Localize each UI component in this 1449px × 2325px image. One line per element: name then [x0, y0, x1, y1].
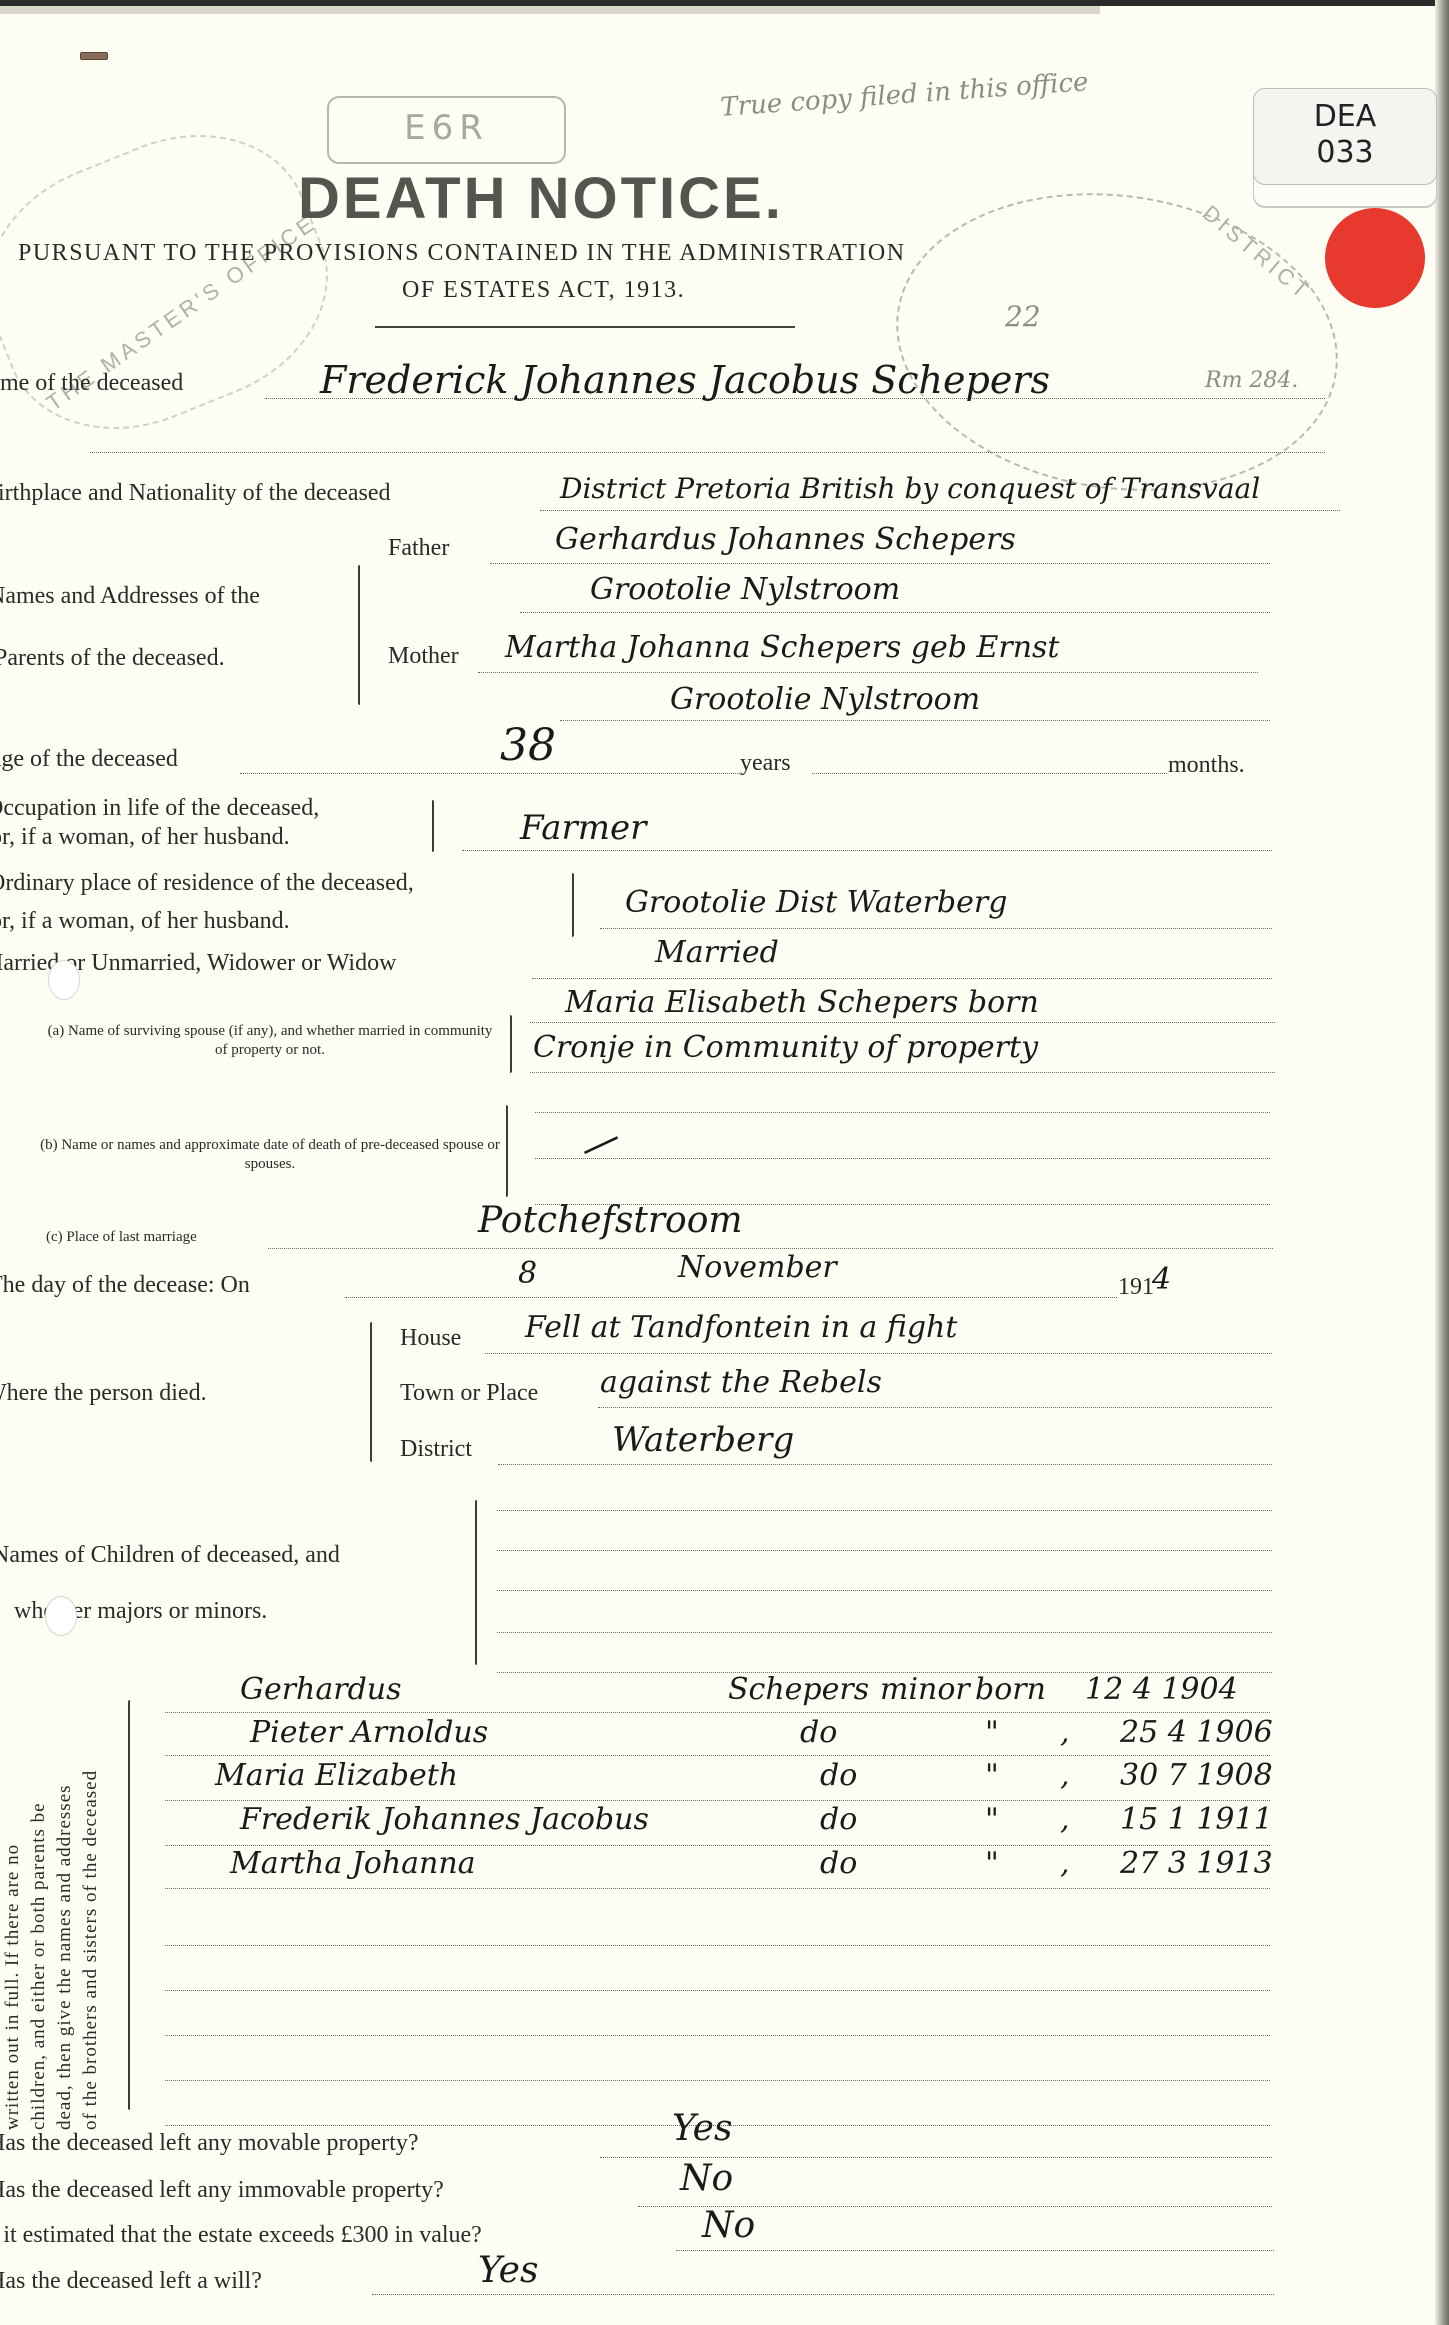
- child-line: [165, 1712, 1270, 1713]
- decease-year-prefix: 191: [1118, 1274, 1154, 1301]
- child-2-name[interactable]: Maria Elizabeth: [215, 1758, 458, 1793]
- side-note-brace: [128, 1700, 130, 2110]
- title-rule: [375, 326, 795, 328]
- reference-code: E6R: [329, 98, 564, 158]
- immovable-property-label: Has the deceased left any immovable prop…: [0, 2177, 444, 2204]
- mother-address-line: [560, 720, 1270, 721]
- predeceased-line-2: [535, 1158, 1270, 1159]
- archive-label: DEA 033: [1253, 88, 1437, 185]
- estate-value-value[interactable]: No: [702, 2205, 755, 2246]
- district-value[interactable]: Waterberg: [612, 1420, 794, 1460]
- spouse-line-1: [530, 1022, 1275, 1023]
- age-years-line: [240, 773, 740, 774]
- child-0-name[interactable]: Gerhardus: [240, 1672, 402, 1707]
- scanner-top-bar: [0, 0, 1449, 6]
- child-4-status[interactable]: ": [985, 1846, 999, 1881]
- residence-line: [600, 928, 1272, 929]
- town-value[interactable]: against the Rebels: [600, 1365, 882, 1400]
- reference-box: E6R: [327, 96, 566, 164]
- child-2-born[interactable]: ,: [1060, 1758, 1070, 1793]
- child-3-name[interactable]: Frederik Johannes Jacobus: [240, 1802, 649, 1837]
- children-line-4: [497, 1632, 1272, 1633]
- marital-status-value[interactable]: Married: [655, 935, 779, 970]
- months-label: months.: [1168, 752, 1245, 779]
- decease-day[interactable]: 8: [518, 1256, 537, 1291]
- children-line-1: [497, 1510, 1272, 1511]
- paper-right-edge: [1435, 0, 1449, 2325]
- house-line: [485, 1353, 1272, 1354]
- immovable-property-value[interactable]: No: [680, 2158, 733, 2199]
- child-0-surname[interactable]: Schepers: [728, 1672, 869, 1707]
- child-4-name[interactable]: Martha Johanna: [230, 1846, 476, 1881]
- age-months-line: [812, 773, 1167, 774]
- stamp-date: 22: [1005, 300, 1041, 333]
- side-note-line3: dead, then give the names and addresses: [54, 1784, 76, 2130]
- age-label: Age of the deceased: [0, 746, 178, 773]
- child-line: [165, 1888, 1270, 1889]
- child-4-date[interactable]: 27 3 1913: [1120, 1846, 1273, 1881]
- birthplace-label: Birthplace and Nationality of the deceas…: [0, 480, 391, 507]
- child-1-status[interactable]: ": [985, 1715, 999, 1750]
- place-died-brace: [370, 1322, 372, 1462]
- predeceased-spouse-value[interactable]: —: [572, 1114, 628, 1173]
- surviving-spouse-label: (a) Name of surviving spouse (if any), a…: [40, 1022, 500, 1060]
- punch-hole-upper: [48, 960, 80, 1000]
- district-label: District: [400, 1436, 472, 1463]
- occupation-label-line1: Occupation in life of the deceased,: [0, 795, 319, 822]
- occupation-label-line2: or, if a woman, of her husband.: [0, 824, 290, 851]
- last-marriage-value[interactable]: Potchefstroom: [478, 1200, 743, 1241]
- residence-label-line2: or, if a woman, of her husband.: [0, 908, 290, 935]
- mother-address[interactable]: Grootolie Nylstroom: [670, 682, 980, 717]
- occupation-value[interactable]: Farmer: [520, 808, 646, 848]
- child-2-surname[interactable]: do: [820, 1758, 857, 1793]
- age-years-value[interactable]: 38: [500, 720, 556, 771]
- decease-year-suffix[interactable]: 4: [1152, 1262, 1171, 1297]
- residence-value[interactable]: Grootolie Dist Waterberg: [625, 885, 1007, 920]
- father-label: Father: [388, 535, 449, 562]
- district-line: [498, 1464, 1272, 1465]
- town-line: [598, 1407, 1272, 1408]
- mother-value[interactable]: Martha Johanna Schepers geb Ernst: [505, 630, 1059, 665]
- child-3-born[interactable]: ,: [1060, 1802, 1070, 1837]
- birthplace-line: [540, 510, 1340, 511]
- residence-brace: [572, 873, 574, 937]
- child-0-date[interactable]: 12 4 1904: [1085, 1672, 1238, 1707]
- decease-month[interactable]: November: [678, 1250, 837, 1285]
- father-line: [490, 563, 1270, 564]
- page-title: DEATH NOTICE.: [298, 165, 784, 232]
- house-value[interactable]: Fell at Tandfontein in a fight: [525, 1310, 957, 1345]
- child-0-status[interactable]: minor: [880, 1672, 970, 1707]
- parents-label-line1: Names and Addresses of the: [0, 583, 260, 610]
- last-marriage-label: (c) Place of last marriage: [46, 1228, 197, 1247]
- child-2-date[interactable]: 30 7 1908: [1120, 1758, 1273, 1793]
- place-died-label: Where the person died.: [0, 1380, 207, 1407]
- movable-property-label: Has the deceased left any movable proper…: [0, 2130, 418, 2157]
- will-value[interactable]: Yes: [478, 2250, 538, 2291]
- children-line-3: [497, 1590, 1272, 1591]
- subtitle-line1: PURSUANT TO THE PROVISIONS CONTAINED IN …: [18, 240, 906, 267]
- child-1-born[interactable]: ,: [1060, 1715, 1070, 1750]
- side-note-line1: written out in full. If there are no: [2, 1844, 24, 2130]
- last-marriage-line: [268, 1248, 1273, 1249]
- town-label: Town or Place: [400, 1380, 538, 1407]
- father-address-line: [520, 612, 1270, 613]
- occupation-brace: [432, 800, 434, 852]
- punch-hole-lower: [45, 1596, 77, 1636]
- children-brace: [475, 1500, 477, 1665]
- parents-brace: [358, 565, 360, 705]
- predeceased-brace: [506, 1105, 508, 1197]
- child-line-empty: [165, 1990, 1270, 1991]
- child-line: [165, 1755, 1270, 1756]
- birthplace-value[interactable]: District Pretoria British by conquest of…: [560, 472, 1260, 505]
- name-value[interactable]: Frederick Johannes Jacobus Schepers: [320, 358, 1050, 402]
- residence-label-line1: Ordinary place of residence of the decea…: [0, 870, 414, 897]
- district-stamp: [877, 166, 1358, 519]
- child-0-born[interactable]: born: [975, 1672, 1046, 1707]
- side-note-line2: children, and either or both parents be: [28, 1802, 50, 2130]
- spouse-line-2: [530, 1072, 1275, 1073]
- day-of-decease-label: The day of the decease: On: [0, 1272, 250, 1299]
- estate-value-line: [676, 2250, 1274, 2251]
- child-3-surname[interactable]: do: [820, 1802, 857, 1837]
- archive-label-line2: 033: [1254, 135, 1436, 171]
- margin-note: Rm 284.: [1205, 368, 1298, 393]
- children-line-2: [497, 1550, 1272, 1551]
- predeceased-line-1: [535, 1112, 1270, 1113]
- predeceased-spouse-label: (b) Name or names and approximate date o…: [40, 1136, 500, 1174]
- child-4-born[interactable]: ,: [1060, 1846, 1070, 1881]
- name-label: Name of the deceased: [0, 370, 183, 397]
- child-line-empty: [165, 1945, 1270, 1946]
- estate-value-label: Is it estimated that the estate exceeds …: [0, 2222, 482, 2249]
- child-1-date[interactable]: 25 4 1906: [1120, 1715, 1273, 1750]
- mother-line: [478, 672, 1258, 673]
- child-1-surname[interactable]: do: [800, 1715, 837, 1750]
- surviving-spouse-value-line2[interactable]: Cronje in Community of property: [533, 1030, 1038, 1065]
- child-line: [165, 1800, 1270, 1801]
- child-1-name[interactable]: Pieter Arnoldus: [250, 1715, 488, 1750]
- day-of-decease-line: [345, 1297, 1117, 1298]
- house-label: House: [400, 1325, 461, 1352]
- child-4-surname[interactable]: do: [820, 1846, 857, 1881]
- spouse-brace: [510, 1015, 512, 1073]
- child-3-status[interactable]: ": [985, 1802, 999, 1837]
- subtitle-line2: OF ESTATES ACT, 1913.: [402, 277, 685, 304]
- child-line-empty: [165, 2035, 1270, 2036]
- father-value[interactable]: Gerhardus Johannes Schepers: [555, 522, 1016, 557]
- mother-label: Mother: [388, 643, 459, 670]
- child-3-date[interactable]: 15 1 1911: [1120, 1802, 1273, 1837]
- side-note-line4: of the brothers and sisters of the decea…: [80, 1770, 102, 2130]
- copy-filed-annotation: True copy filed in this office: [719, 67, 1089, 123]
- name-line-2: [90, 452, 1325, 453]
- years-label: years: [740, 750, 791, 777]
- marital-status-line: [532, 978, 1272, 979]
- surviving-spouse-value-line1[interactable]: Maria Elisabeth Schepers born: [565, 985, 1039, 1020]
- child-2-status[interactable]: ": [985, 1758, 999, 1793]
- will-label: Has the deceased left a will?: [0, 2268, 262, 2295]
- movable-property-value[interactable]: Yes: [672, 2108, 732, 2149]
- father-address[interactable]: Grootolie Nylstroom: [590, 572, 900, 607]
- occupation-line: [462, 850, 1272, 851]
- child-line-empty: [165, 2080, 1270, 2081]
- children-side-note: written out in full. If there are no chi…: [2, 1690, 112, 2130]
- will-line: [372, 2294, 1274, 2295]
- red-dot-marker: [1325, 208, 1425, 308]
- staple-icon: [80, 52, 108, 60]
- children-label-line1: Names of Children of deceased, and: [0, 1542, 340, 1569]
- archive-label-line1: DEA: [1254, 99, 1436, 135]
- parents-label-line2: Parents of the deceased.: [0, 645, 225, 672]
